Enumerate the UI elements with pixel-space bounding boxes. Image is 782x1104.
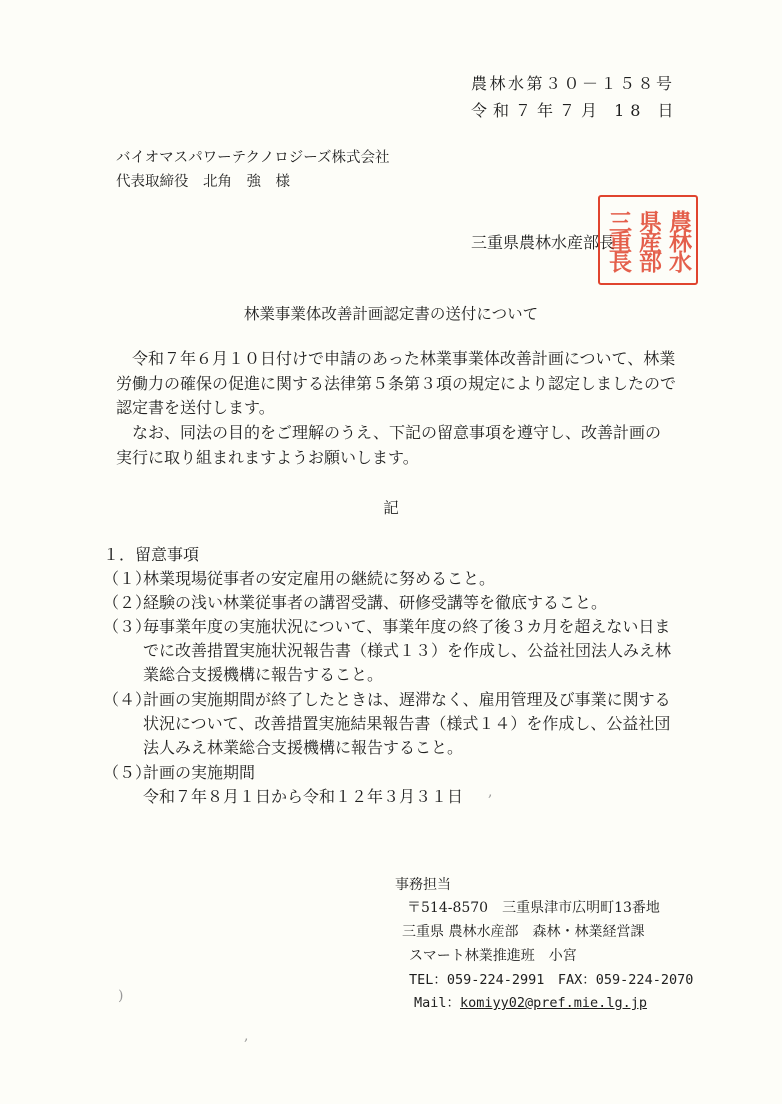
note-item-2: （２）経験の浅い林業従事者の講習受講、研修受講等を徹底すること。 xyxy=(103,591,693,615)
note-text: 林業現場従事者の安定雇用の継続に努めること。 xyxy=(143,567,688,591)
ki-heading: 記 xyxy=(0,496,782,518)
seal-column: 県産部 xyxy=(635,210,661,270)
addressee-person: 代表取締役 北角 強 様 xyxy=(116,170,290,194)
official-seal-stamp: 農林水 県産部 三重長 xyxy=(598,195,698,285)
contact-mail: Mail：komiyy02@pref.mie.lg.jp xyxy=(414,991,647,1015)
contact-phone-fax: TEL：059-224-2991 FAX：059-224-2070 xyxy=(409,968,693,992)
email-link[interactable]: komiyy02@pref.mie.lg.jp xyxy=(460,995,647,1011)
scan-mark: ) xyxy=(118,988,123,1004)
note-text: 計画の実施期間が終了したときは、遅滞なく、雇用管理及び事業に関する状況について、… xyxy=(143,688,673,760)
note-number: （１） xyxy=(103,567,143,591)
mail-label: Mail： xyxy=(414,995,460,1011)
note-text: 計画の実施期間 xyxy=(143,761,688,785)
seal-column: 三重長 xyxy=(605,210,631,270)
note-item-5: （５）計画の実施期間 xyxy=(103,761,693,785)
addressee-company: バイオマスパワーテクノロジーズ株式会社 xyxy=(116,146,389,170)
subject-title: 林業事業体改善計画認定書の送付について xyxy=(0,302,782,326)
contact-department: 三重県 農林水産部 森林・林業経営課 xyxy=(402,920,644,944)
contact-section: スマート林業推進班 小宮 xyxy=(409,944,577,968)
document-number: 農林水第３０－１５８号 xyxy=(471,70,675,98)
note-number: （５） xyxy=(103,761,143,785)
body-paragraph-1: 令和７年６月１０日付けで申請のあった林業事業体改善計画について、林業労働力の確保… xyxy=(116,347,676,421)
document-date: 令和７年７月 18 日 xyxy=(471,97,680,125)
contact-address: 〒514-8570 三重県津市広明町13番地 xyxy=(407,896,660,920)
note-item-3: （３）毎事業年度の実施状況について、事業年度の終了後３カ月を超えない日までに改善… xyxy=(103,615,693,687)
scan-mark: , xyxy=(244,1028,248,1044)
body-paragraph-2: なお、同法の目的をご理解のうえ、下記の留意事項を遵守し、改善計画の実行に取り組ま… xyxy=(116,421,676,470)
note-item-4: （４）計画の実施期間が終了したときは、遅滞なく、雇用管理及び事業に関する状況につ… xyxy=(103,688,693,760)
note-item-1: （１）林業現場従事者の安定雇用の継続に努めること。 xyxy=(103,567,693,591)
note-text: 毎事業年度の実施状況について、事業年度の終了後３カ月を超えない日までに改善措置実… xyxy=(143,615,673,687)
scan-mark: , xyxy=(488,784,492,800)
contact-heading: 事務担当 xyxy=(395,874,451,894)
implementation-period: 令和７年８月１日から令和１２年３月３１日 xyxy=(143,785,643,809)
note-number: （３） xyxy=(103,615,143,639)
notes-heading: １．留意事項 xyxy=(103,543,199,567)
seal-column: 農林水 xyxy=(665,210,691,270)
sender-title: 三重県農林水産部長 xyxy=(471,231,615,255)
note-number: （２） xyxy=(103,591,143,615)
note-number: （４） xyxy=(103,688,143,712)
note-text: 経験の浅い林業従事者の講習受講、研修受講等を徹底すること。 xyxy=(143,591,688,615)
